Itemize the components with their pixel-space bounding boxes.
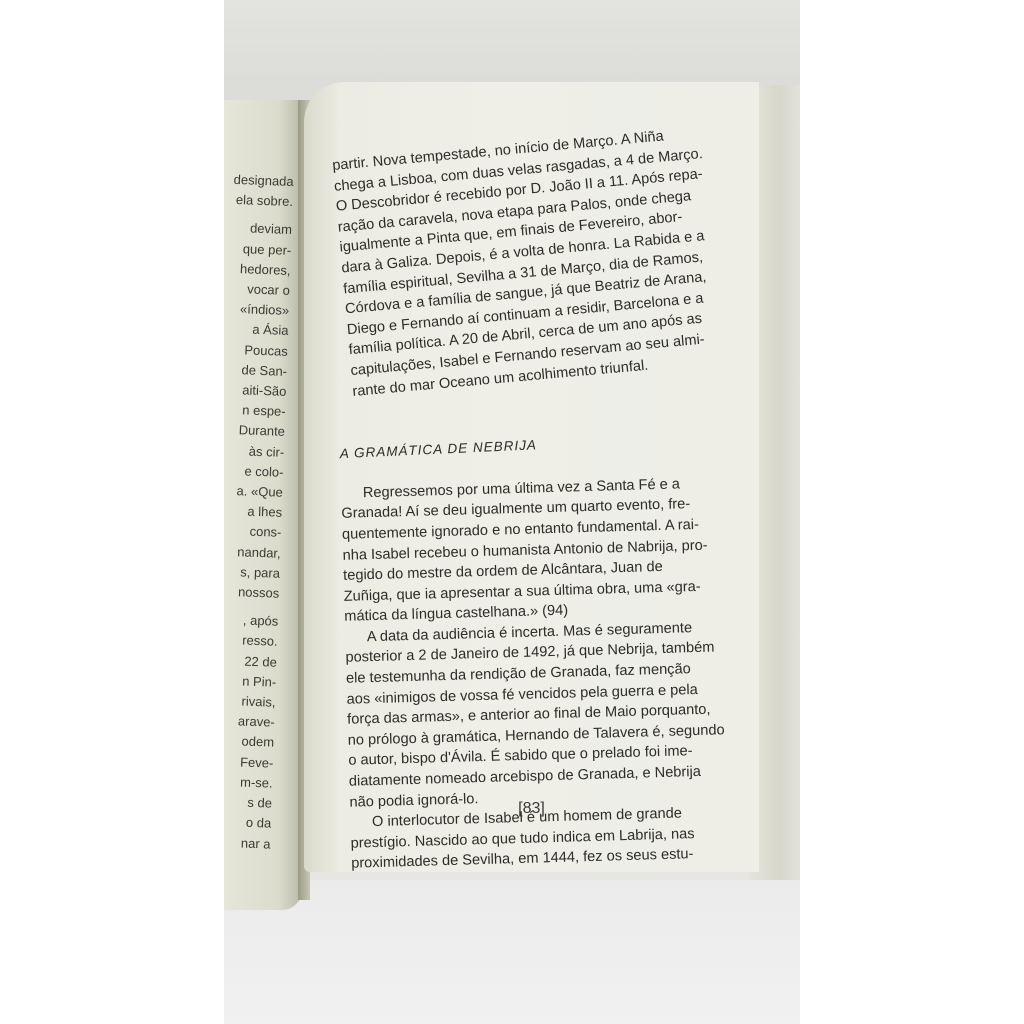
left-page-line: 22 de	[224, 650, 277, 673]
left-page-line: de San-	[224, 359, 287, 382]
left-page-line: ela sobre.	[224, 190, 293, 213]
book-photograph: designadaela sobre. deviamque per-hedore…	[224, 0, 800, 1024]
left-page-line: cons-	[224, 521, 282, 544]
page-number: [83]	[304, 800, 759, 818]
right-page-text: partir. Nova tempestade, no início de Ma…	[331, 129, 731, 874]
left-page: designadaela sobre. deviamque per-hedore…	[224, 100, 302, 910]
section-heading: A GRAMÁTICA DE NEBRIJA	[339, 427, 720, 465]
left-page-line: a lhes	[224, 501, 282, 524]
left-page-line: Durante	[224, 420, 285, 443]
left-page-line: e colo-	[224, 460, 284, 483]
left-page-line: m-se.	[224, 771, 273, 794]
left-page-line: rivais,	[224, 690, 276, 713]
left-page-text-fragments: designadaela sobre. deviamque per-hedore…	[224, 170, 294, 855]
left-page-line: s, para	[224, 561, 280, 584]
left-page-line: nandar,	[224, 541, 281, 564]
left-page-line: vocar o	[224, 279, 290, 302]
left-page-line: o da	[224, 811, 272, 834]
left-page-line: n Pin-	[224, 670, 277, 693]
left-page-line: hedores,	[224, 258, 291, 281]
table-surface	[224, 880, 800, 1024]
left-page-line: a. «Que	[224, 480, 283, 503]
opening-paragraph: partir. Nova tempestade, no início de Ma…	[331, 122, 731, 402]
left-page-line: , após	[224, 610, 279, 633]
left-page-line: deviam	[224, 218, 292, 241]
left-page-line: designada	[224, 170, 294, 193]
left-page-line: aiti-São	[224, 379, 287, 402]
paragraph: Regressemos por uma última vez a Santa F…	[341, 473, 725, 628]
left-page-line: nar a	[224, 832, 271, 855]
left-page-line: s de	[224, 791, 272, 814]
left-page-line: arave-	[224, 711, 275, 734]
left-page-line: odem	[224, 731, 274, 754]
left-page-line: resso.	[224, 630, 278, 653]
left-page-line: que per-	[224, 238, 292, 261]
left-page-line: Feve-	[224, 751, 274, 774]
left-page-line: às cir-	[224, 440, 285, 463]
left-page-line: nossos	[224, 581, 280, 604]
right-page: partir. Nova tempestade, no início de Ma…	[304, 82, 759, 872]
left-page-line: n espe-	[224, 400, 286, 423]
left-page-line: «índios»	[224, 299, 289, 322]
left-page-line: Poucas	[224, 339, 288, 362]
left-page-line: a Ásia	[224, 319, 289, 342]
paragraph: A data da audiência é incerta. Mas é seg…	[345, 617, 730, 813]
